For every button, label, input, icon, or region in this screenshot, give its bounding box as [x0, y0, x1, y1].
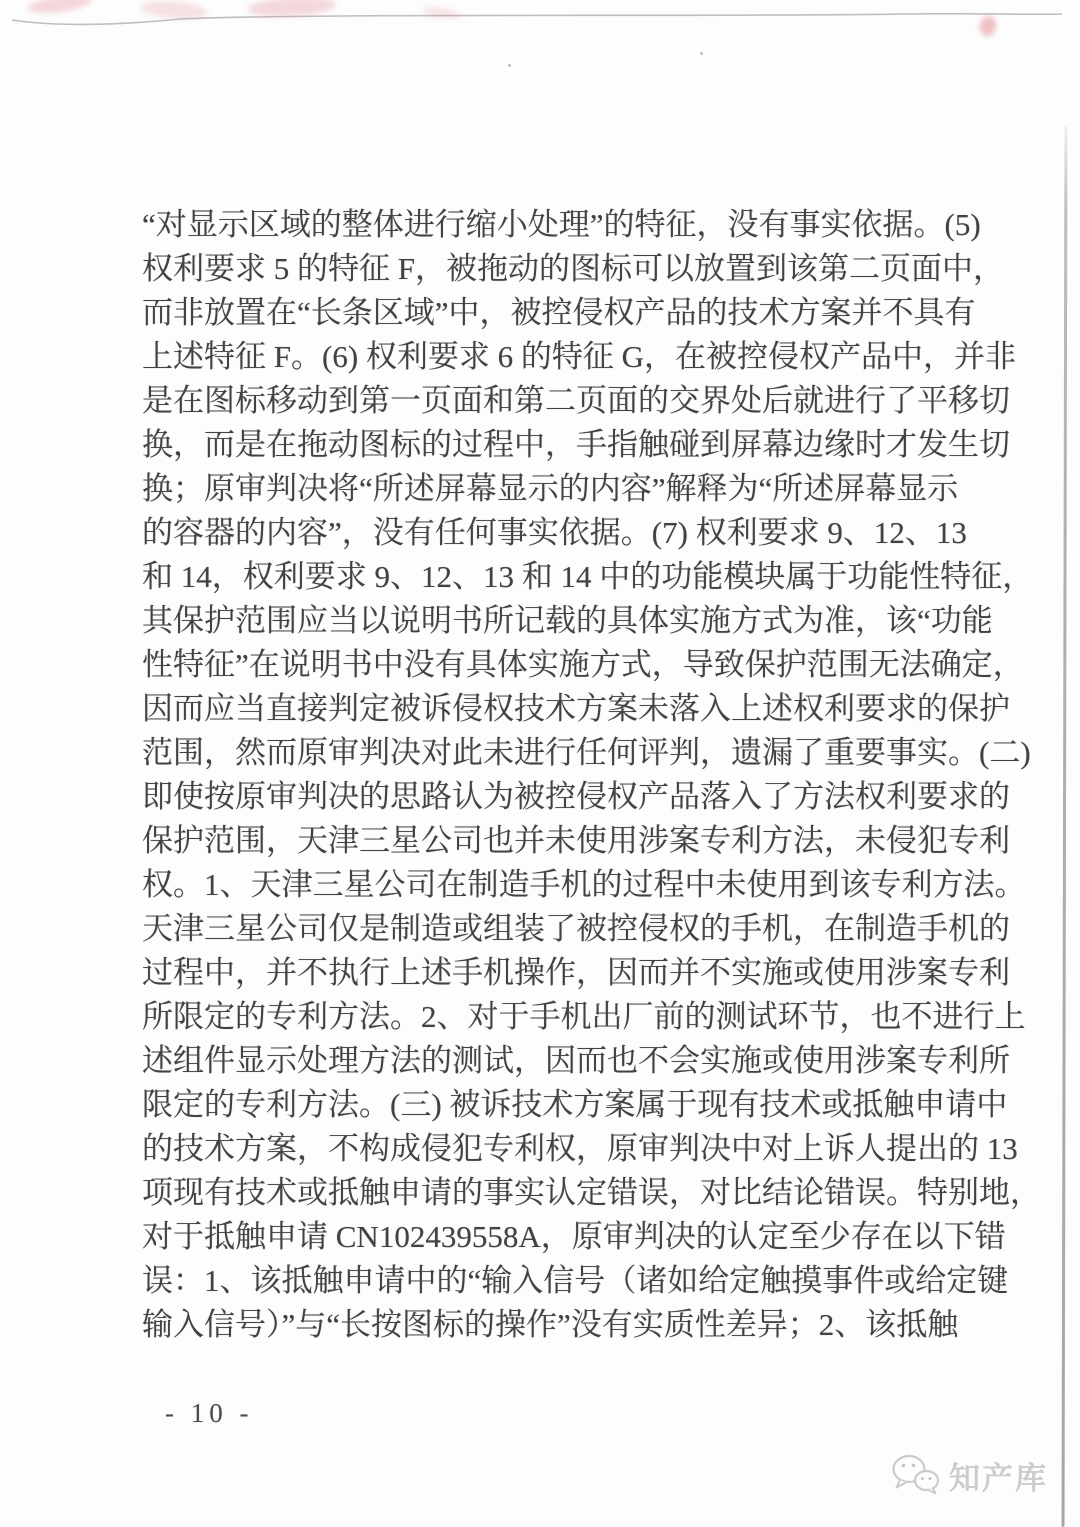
document-text-line: 保护范围，天津三星公司也并未使用涉案专利方法，未侵犯专利 [142, 819, 938, 863]
scan-speck [700, 52, 703, 55]
document-text-line: 所限定的专利方法。2、对于手机出厂前的测试环节，也不进行上 [142, 995, 938, 1039]
document-text-line: 权利要求 5 的特征 F，被拖动的图标可以放置到该第二页面中， [142, 247, 938, 291]
document-text-line: “对显示区域的整体进行缩小处理”的特征，没有事实依据。(5) [142, 203, 938, 247]
document-text-line: 项现有技术或抵触申请的事实认定错误，对比结论错误。特别地， [142, 1171, 938, 1215]
watermark: 知产库 [890, 1452, 1048, 1498]
document-text-line: 的容器的内容”，没有任何事实依据。(7) 权利要求 9、12、13 [142, 511, 938, 555]
scan-smudge [248, 0, 337, 18]
scan-crease-line [0, 0, 1080, 40]
document-text-line: 误：1、该抵触申请中的“输入信号（诸如给定触摸事件或给定键 [142, 1259, 938, 1303]
document-text-line: 换，而是在拖动图标的过程中，手指触碰到屏幕边缘时才发生切 [142, 423, 938, 467]
document-text-line: 述组件显示处理方法的测试，因而也不会实施或使用涉案专利所 [142, 1039, 938, 1083]
scan-speck [508, 64, 511, 67]
scanned-document-page: “对显示区域的整体进行缩小处理”的特征，没有事实依据。(5)权利要求 5 的特征… [0, 0, 1080, 1527]
wechat-icon [890, 1452, 942, 1498]
document-text-line: 而非放置在“长条区域”中，被控侵权产品的技术方案并不具有 [142, 291, 938, 335]
document-text-line: 即使按原审判决的思路认为被控侵权产品落入了方法权利要求的 [142, 775, 938, 819]
document-text-line: 因而应当直接判定被诉侵权技术方案未落入上述权利要求的保护 [142, 687, 938, 731]
document-text-line: 上述特征 F。(6) 权利要求 6 的特征 G，在被控侵权产品中，并非 [142, 335, 938, 379]
document-text-line: 范围，然而原审判决对此未进行任何评判，遗漏了重要事实。(二) [142, 731, 938, 775]
document-text-line: 限定的专利方法。(三) 被诉技术方案属于现有技术或抵触申请中 [142, 1083, 938, 1127]
scan-smudge [27, 0, 93, 16]
scan-smudge [139, 0, 208, 21]
watermark-label: 知产库 [949, 1453, 1048, 1498]
document-text-line: 过程中，并不执行上述手机操作，因而并不实施或使用涉案专利 [142, 951, 938, 995]
document-text-line: 和 14，权利要求 9、12、13 和 14 中的功能模块属于功能性特征， [142, 555, 938, 599]
document-text-line: 权。1、天津三星公司在制造手机的过程中未使用到该专利方法。 [142, 863, 938, 907]
document-text-line: 的技术方案，不构成侵犯专利权，原审判决中对上诉人提出的 13 [142, 1127, 938, 1171]
scan-edge-line [1062, 125, 1068, 1527]
scan-smudge [978, 15, 998, 38]
document-text-line: 换；原审判决将“所述屏幕显示的内容”解释为“所述屏幕显示 [142, 467, 938, 511]
document-text-line: 是在图标移动到第一页面和第二页面的交界处后就进行了平移切 [142, 379, 938, 423]
document-body: “对显示区域的整体进行缩小处理”的特征，没有事实依据。(5)权利要求 5 的特征… [142, 203, 938, 1347]
document-text-line: 对于抵触申请 CN102439558A，原审判决的认定至少存在以下错 [142, 1215, 938, 1259]
document-text-line: 输入信号）”与“长按图标的操作”没有实质性差异；2、该抵触 [142, 1303, 938, 1347]
scan-smudge [421, 5, 460, 20]
page-number: - 10 - [165, 1398, 253, 1429]
document-text-line: 天津三星公司仅是制造或组装了被控侵权的手机，在制造手机的 [142, 907, 938, 951]
document-text-line: 其保护范围应当以说明书所记载的具体实施方式为准，该“功能 [142, 599, 938, 643]
document-text-line: 性特征”在说明书中没有具体实施方式，导致保护范围无法确定， [142, 643, 938, 687]
